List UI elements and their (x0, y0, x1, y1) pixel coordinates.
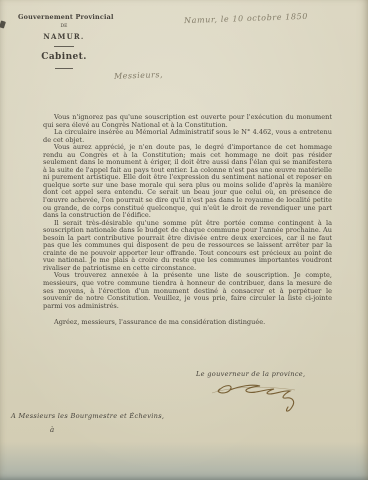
recipient-address-line2: à (50, 426, 54, 434)
letter-body: Vous n'ignorez pas qu'une souscription e… (43, 114, 332, 327)
governor-signature-scrawl (200, 377, 310, 419)
letter-page: Gouvernement Provincial DE NAMUR. Cabine… (0, 0, 368, 480)
paragraph-2: La circulaire insérée au Mémorial Admini… (43, 129, 332, 144)
scan-edge-mark (0, 20, 6, 28)
paragraph-1: Vous n'ignorez pas qu'une souscription e… (43, 114, 332, 129)
closing-formula: Agréez, messieurs, l'assurance de ma con… (43, 319, 332, 327)
letterhead-de: DE (18, 24, 110, 29)
paragraph-3: Vous aurez apprécié, je n'en doute pas, … (43, 144, 332, 219)
letterhead-cabinet: Cabinet. (18, 52, 110, 62)
paragraph-5: Vous trouverez annexée à la présente une… (43, 272, 332, 310)
paragraph-4: Il serait très-désirable qu'une somme pû… (43, 220, 332, 273)
handwritten-date: Namur, le 10 octobre 1850 (184, 12, 308, 25)
letterhead: Gouvernement Provincial DE NAMUR. Cabine… (18, 13, 110, 69)
letterhead-namur: NAMUR. (18, 32, 110, 41)
handwritten-salutation: Messieurs, (114, 70, 163, 81)
letterhead-government: Gouvernement Provincial (18, 13, 110, 21)
recipient-address: A Messieurs les Bourgmestre et Échevins, (11, 412, 164, 420)
letterhead-rule (54, 46, 74, 47)
letterhead-rule-2 (55, 68, 73, 69)
